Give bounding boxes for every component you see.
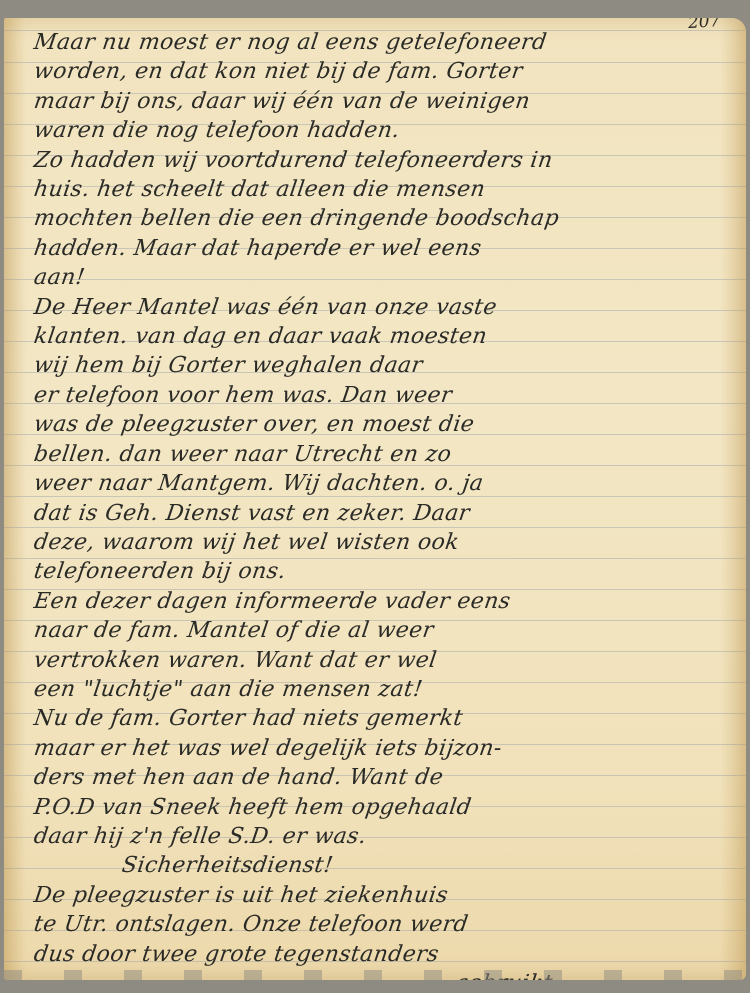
text-line: er telefoon voor hem was. Dan weer <box>32 381 722 410</box>
text-line: maar bij ons, daar wij één van de weinig… <box>32 87 722 116</box>
text-line: te Utr. ontslagen. Onze telefoon werd <box>32 910 722 939</box>
text-line: wij hem bij Gorter weghalen daar <box>32 351 722 380</box>
text-line: weer naar Mantgem. Wij dachten. o. ja <box>32 469 722 498</box>
text-line: was de pleegzuster over, en moest die <box>32 410 722 439</box>
text-line: een "luchtje" aan die mensen zat! <box>32 675 722 704</box>
text-line: waren die nog telefoon hadden. <box>32 116 722 145</box>
text-line: worden, en dat kon niet bij de fam. Gort… <box>32 57 722 86</box>
diary-page: 207 Maar nu moest er nog al eens getelef… <box>4 18 746 980</box>
text-line: telefoneerden bij ons. <box>32 557 722 586</box>
text-line: mochten bellen die een dringende boodsch… <box>32 204 722 233</box>
text-line: Maar nu moest er nog al eens getelefonee… <box>32 28 722 57</box>
text-line: hadden. Maar dat haperde er wel eens <box>32 234 722 263</box>
text-line: Een dezer dagen informeerde vader eens <box>32 587 722 616</box>
text-line: Sicherheitsdienst! <box>32 851 722 880</box>
text-line: naar de fam. Mantel of die al weer <box>32 616 722 645</box>
text-line: Zo hadden wij voortdurend telefoneerders… <box>32 146 722 175</box>
text-line: daar hij z'n felle S.D. er was. <box>32 822 722 851</box>
text-line: klanten. van dag en daar vaak moesten <box>32 322 722 351</box>
torn-edge <box>4 970 746 980</box>
text-line: huis. het scheelt dat alleen die mensen <box>32 175 722 204</box>
text-line: P.O.D van Sneek heeft hem opgehaald <box>32 793 722 822</box>
text-line: dat is Geh. Dienst vast en zeker. Daar <box>32 499 722 528</box>
text-line: De Heer Mantel was één van onze vaste <box>32 293 722 322</box>
text-line: De pleegzuster is uit het ziekenhuis <box>32 881 722 910</box>
text-line: dus door twee grote tegenstanders <box>32 940 722 969</box>
text-line: bellen. dan weer naar Utrecht en zo <box>32 440 722 469</box>
paper-stain-right <box>720 18 746 980</box>
paper-stain-left <box>4 18 26 980</box>
text-line: aan! <box>32 263 722 292</box>
text-line: deze, waarom wij het wel wisten ook <box>32 528 722 557</box>
text-line: Nu de fam. Gorter had niets gemerkt <box>32 704 722 733</box>
text-line: vertrokken waren. Want dat er wel <box>32 646 722 675</box>
handwritten-text: Maar nu moest er nog al eens getelefonee… <box>32 28 718 980</box>
text-line: maar er het was wel degelijk iets bijzon… <box>32 734 722 763</box>
text-line: ders met hen aan de hand. Want de <box>32 763 722 792</box>
